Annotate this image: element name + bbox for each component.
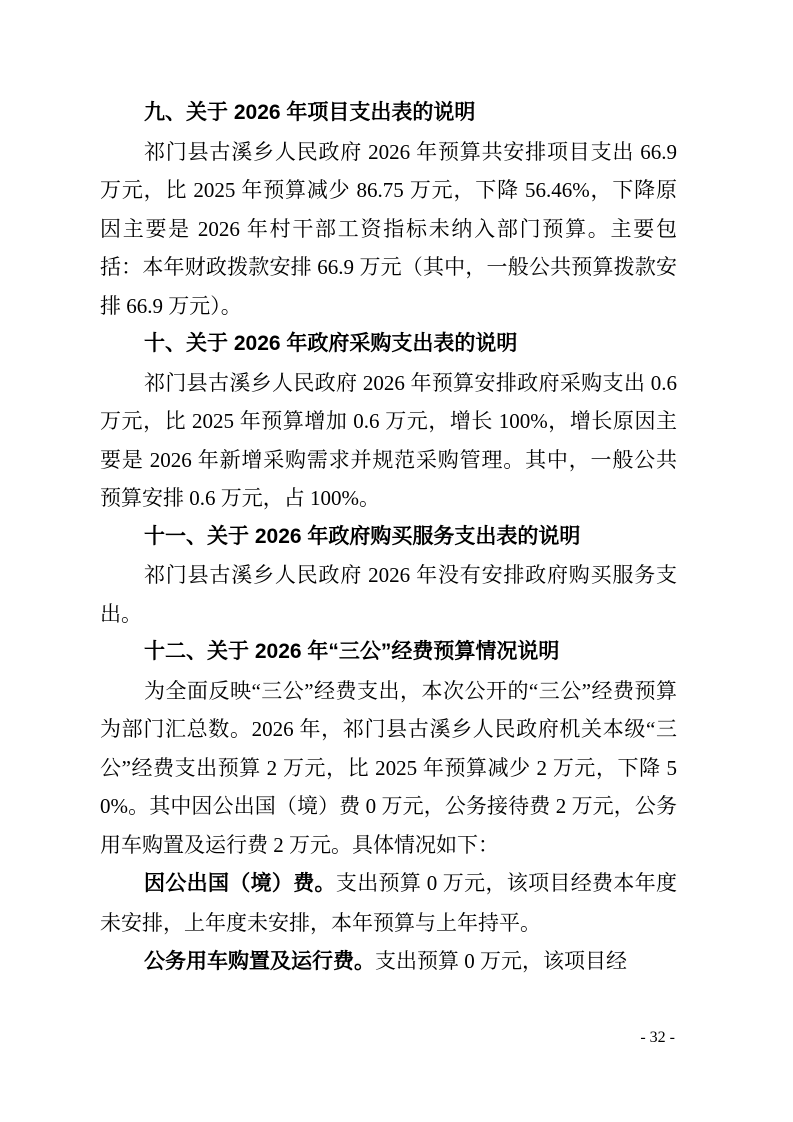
- section-paragraph: 为全面反映“三公”经费支出，本次公开的“三公”经费预算为部门汇总数。2026 年…: [100, 672, 677, 865]
- section-paragraph: 祁门县古溪乡人民政府 2026 年预算共安排项目支出 66.9 万元，比 202…: [100, 133, 677, 326]
- expense-item-lead: 因公出国（境）费。: [144, 872, 336, 895]
- expense-item-text: 支出预算 0 万元，该项目经: [375, 949, 627, 973]
- section-heading: 九、关于 2026 年项目支出表的说明: [100, 94, 677, 133]
- section-heading: 十一、关于 2026 年政府购买服务支出表的说明: [100, 518, 677, 557]
- page-number: - 32 -: [640, 1028, 675, 1048]
- section-paragraph: 祁门县古溪乡人民政府 2026 年预算安排政府采购支出 0.6 万元，比 202…: [100, 364, 677, 518]
- expense-item-paragraph: 公务用车购置及运行费。支出预算 0 万元，该项目经: [100, 942, 677, 982]
- expense-item-lead: 公务用车购置及运行费。: [144, 950, 375, 973]
- section-three-public-expenses: 十二、关于 2026 年“三公”经费预算情况说明 为全面反映“三公”经费支出，本…: [100, 633, 677, 982]
- section-project-expenditure: 九、关于 2026 年项目支出表的说明 祁门县古溪乡人民政府 2026 年预算共…: [100, 94, 677, 325]
- section-paragraph: 祁门县古溪乡人民政府 2026 年没有安排政府购买服务支出。: [100, 556, 677, 633]
- section-purchased-services: 十一、关于 2026 年政府购买服务支出表的说明 祁门县古溪乡人民政府 2026…: [100, 518, 677, 634]
- section-heading: 十、关于 2026 年政府采购支出表的说明: [100, 325, 677, 364]
- section-heading: 十二、关于 2026 年“三公”经费预算情况说明: [100, 633, 677, 672]
- document-page: 九、关于 2026 年项目支出表的说明 祁门县古溪乡人民政府 2026 年预算共…: [0, 0, 793, 1122]
- section-government-procurement: 十、关于 2026 年政府采购支出表的说明 祁门县古溪乡人民政府 2026 年预…: [100, 325, 677, 518]
- expense-item-paragraph: 因公出国（境）费。支出预算 0 万元，该项目经费本年度未安排，上年度未安排，本年…: [100, 864, 677, 942]
